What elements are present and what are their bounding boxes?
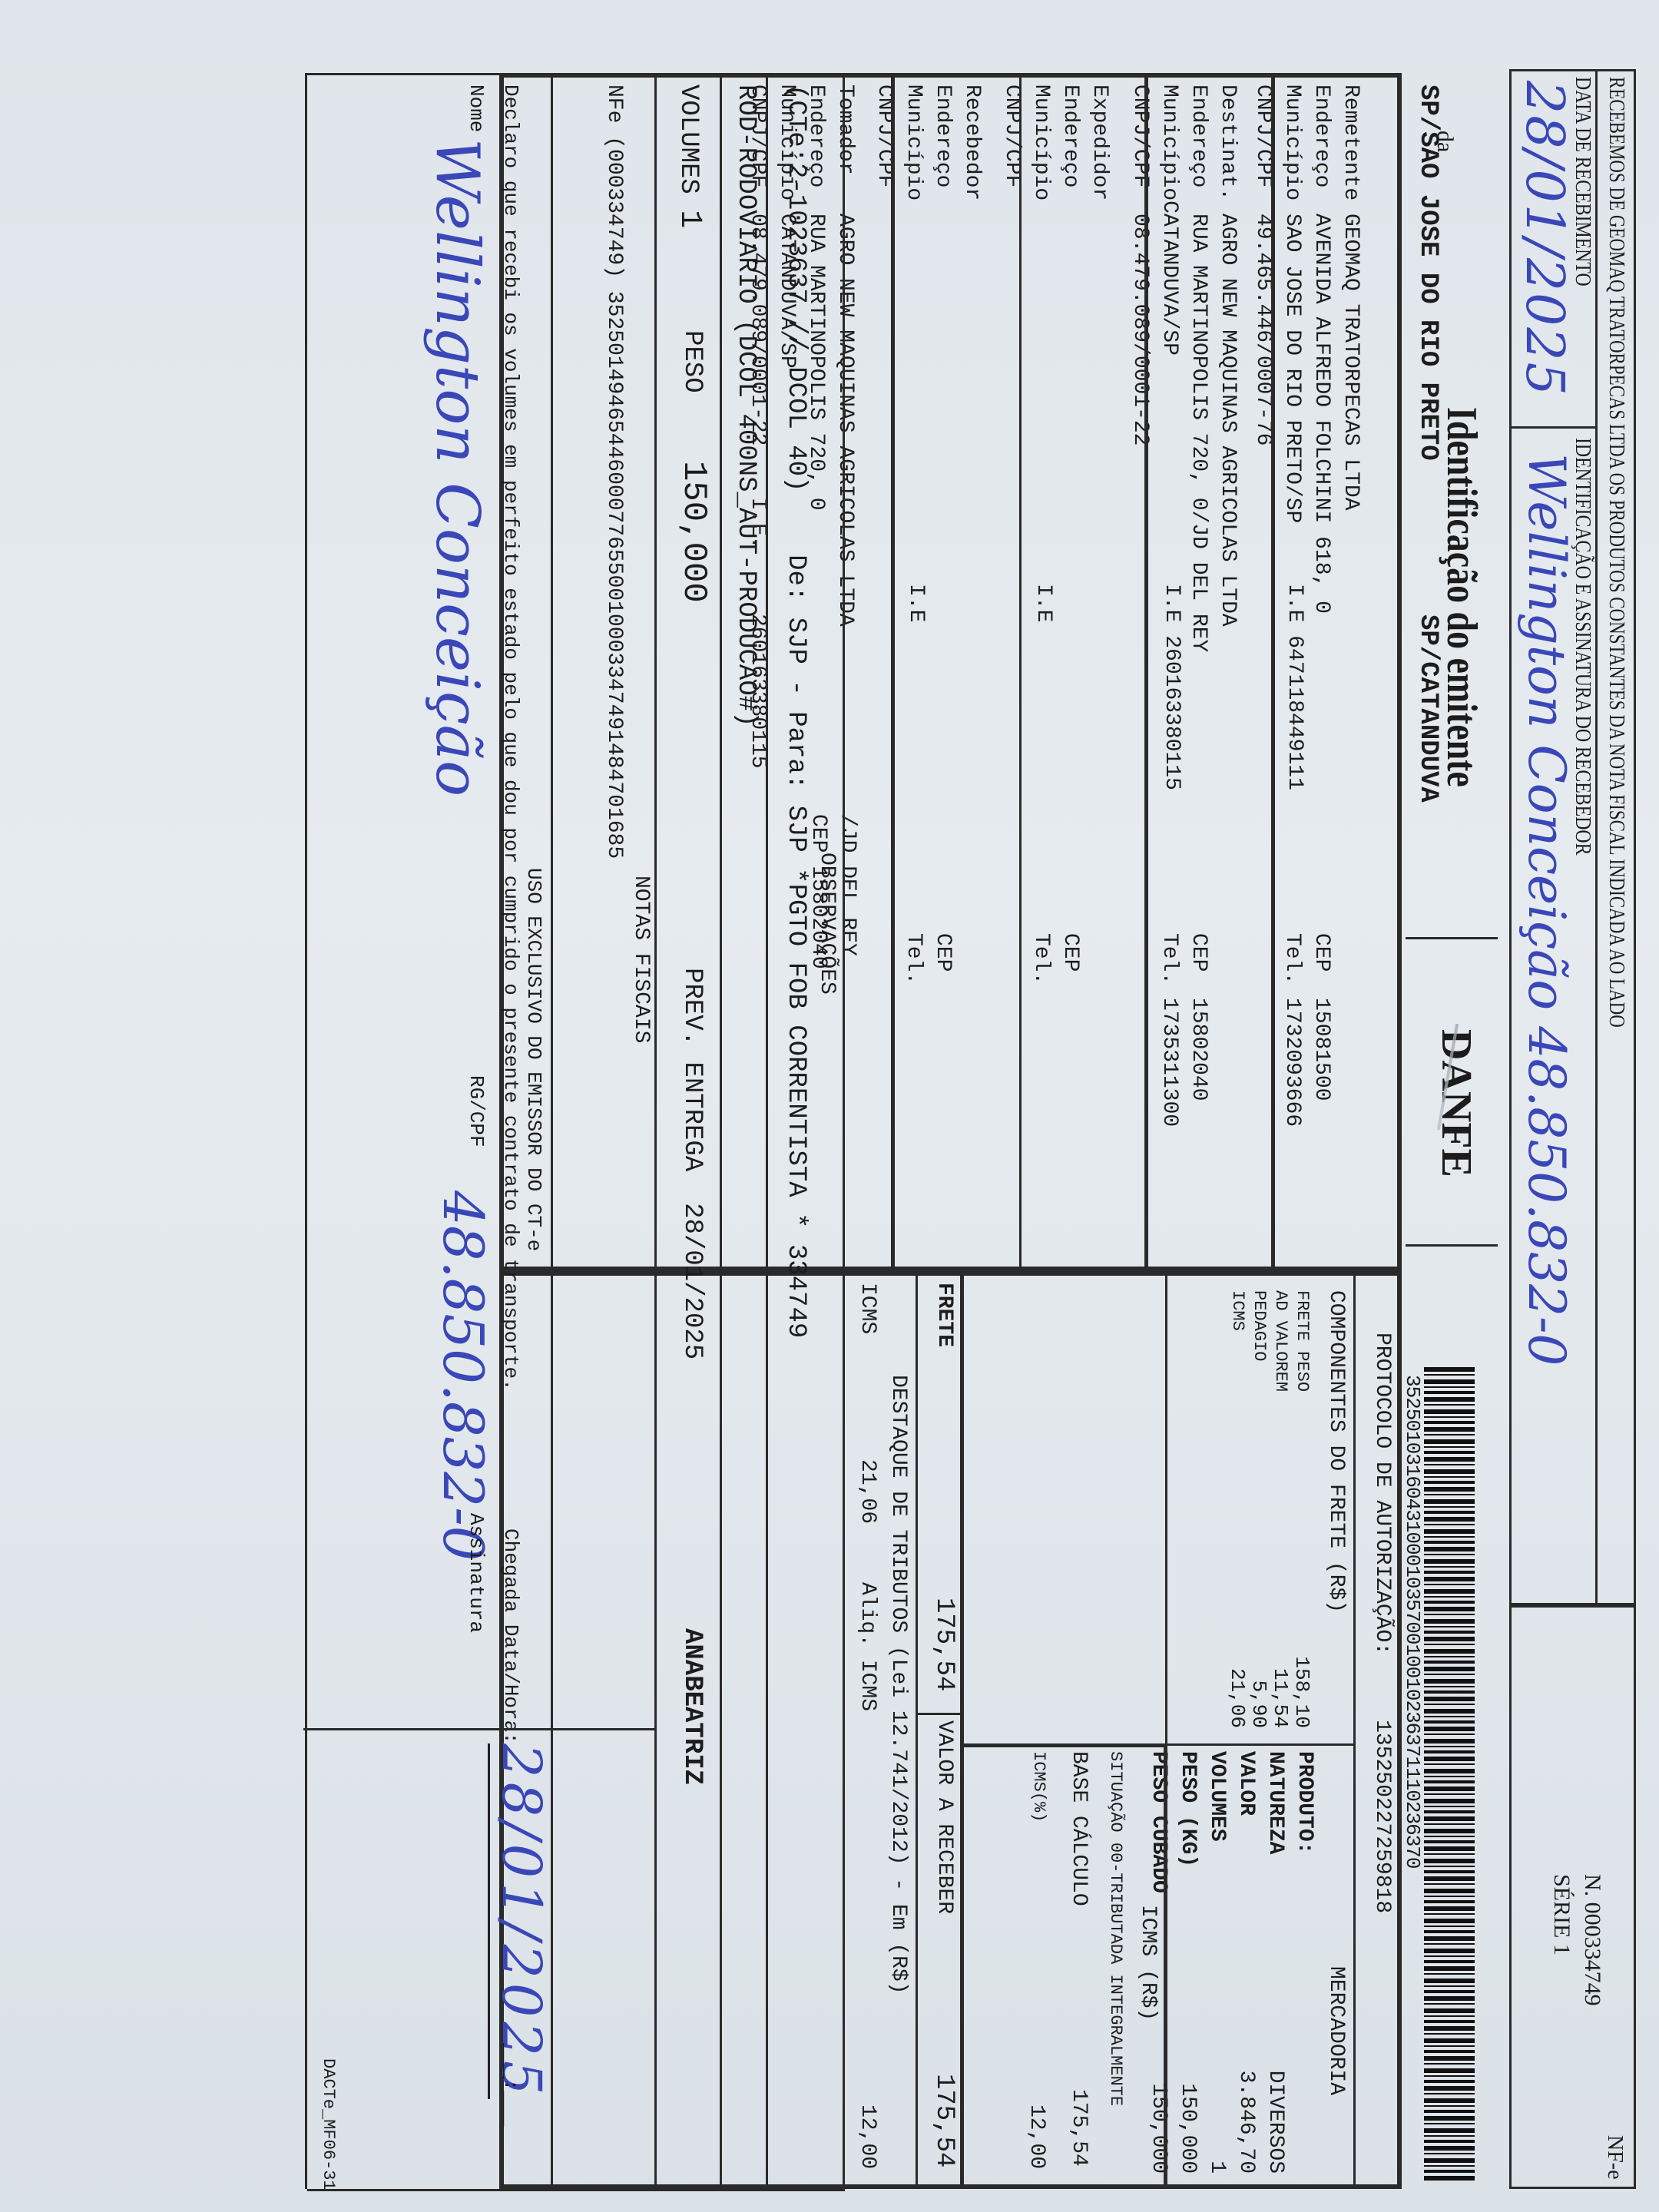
freight-component-label: FRETE PESO (1293, 1290, 1312, 1392)
origin: SP/SAO JOSE DO RIO PRETO (1413, 84, 1442, 461)
cargo-value: 3.846,70 (1234, 2071, 1258, 2174)
recipient-cep: 15802040 (1187, 998, 1210, 1101)
obs-volumes: VOLUMES 1 (672, 84, 707, 228)
expected-delivery: PREV. ENTREGA 28/01/2025 (677, 968, 707, 1359)
nfe-number: N. 000334749 (1579, 1874, 1605, 2006)
receiver-rg[interactable]: 48.850.832-0 (431, 1190, 495, 1561)
freight-component-label: AD VALOREM (1271, 1290, 1290, 1392)
receipt-signature[interactable]: Wellington Conceição 48.850.832-0 (1517, 453, 1576, 1366)
cargo-labels: PRODUTO: NATUREZA VALOR VOLUMES PESO (KG… (1144, 1751, 1348, 1893)
freight-components-title: COMPONENTES DO FRETE (R$) (1324, 1290, 1348, 1613)
cte-document: RECEBEMOS DE GEOMAQ TRATORPECAS LTDA OS … (0, 0, 1659, 2212)
freight-component-value: 5,90 (1247, 1621, 1270, 1728)
access-key-barcode (1424, 1367, 1475, 2181)
freight-component-label: PEDAGIO (1250, 1290, 1269, 1361)
cargo-volumes: 1 (1205, 2161, 1229, 2174)
taxes-aliq: 12,00 (856, 2104, 879, 2169)
operator: ANABEATRIZ (677, 1628, 707, 1785)
sender-address: AVENIDA ALFREDO FOLCHINI 618, 0 (1310, 214, 1333, 614)
nfe-label: NF-e (1602, 2135, 1627, 2180)
emitter-use-title: USO EXCLUSIVO DO EMISSOR DO CT-e (522, 868, 545, 1251)
protocol: PROTOCOLO DE AUTORIZAÇÃO: 13525022725981… (1370, 1333, 1394, 1913)
cargo-values: DIVERSOS 3.846,70 1 150,000 150,000 (1144, 1997, 1348, 2174)
icms-situation: SITUAÇÃO 00-TRIBUTADA INTEGRALMENTE (1106, 1751, 1125, 2106)
emitter-title: Identificação do emitente (1437, 407, 1486, 787)
payer-block: Tomador AGRO NEW MAQUINAS AGRICOLAS LTDA… (743, 84, 889, 769)
recipient-tel: 1735311300 (1157, 998, 1181, 1127)
icms-title: ICMS (R$) (1136, 1905, 1160, 2021)
recipient-name: AGRO NEW MAQUINAS AGRICOLAS LTDA (1216, 214, 1240, 627)
receipt-date-value[interactable]: 28/01/2025 (1514, 81, 1575, 397)
sender-name: GEOMAQ TRATORPECAS LTDA (1339, 214, 1363, 510)
icms-base: 175,54 (1067, 2089, 1091, 2167)
danfe-label: DANFE (1432, 1029, 1481, 1177)
freight-component-value: 21,06 (1226, 1621, 1249, 1728)
invoices-title: NOTAS FISCAIS (629, 876, 653, 1043)
recipient-city: CATANDUVA/SP (1157, 200, 1181, 356)
access-key: 3525010316043100010357001001023637111023… (1401, 1375, 1424, 1869)
cargo-weight: 150,000 (1176, 2083, 1200, 2174)
nfe-series: SÉRIE 1 (1548, 1874, 1575, 1955)
taxes-icms: 21,06 (856, 1459, 879, 1524)
recipient-ie: 260163380115 (1160, 635, 1184, 790)
sender-cep: 15081500 (1310, 998, 1333, 1101)
observations-line1: (CTe:2-1023637 // DCOL 40) De: SJP - Par… (781, 84, 810, 1338)
sender-city: SAO JOSE DO RIO PRETO/SP (1280, 214, 1304, 523)
observations-line2: ROD-RODOVIARIO (DCOL 400NS_AUT-PRODUCAO#… (731, 84, 760, 727)
form-code: DACTe_MF06-31 (319, 2058, 338, 2190)
sender-tel: 1732093666 (1280, 998, 1304, 1127)
invoice-line: NFe (000334749) 352501494654460007765500… (602, 84, 626, 859)
taxes-title: DESTAQUE DE TRIBUTOS (Lei 12.741/2012) -… (886, 1375, 910, 1995)
protocol-number: 135250227259818 (1370, 1720, 1394, 1913)
freight-component-label: ICMS (1228, 1290, 1247, 1331)
observations-title: OBSERVAÇÕES (815, 853, 839, 995)
payer-name: AGRO NEW MAQUINAS AGRICOLAS LTDA (833, 214, 857, 627)
receiver-name-signature[interactable]: Wellington Conceição (422, 138, 492, 796)
freight-component-value: 158,10 (1290, 1621, 1313, 1728)
declaration: Declaro que recebi os volumes em perfeit… (499, 84, 522, 1391)
destination: SP/CATANDUVA (1413, 614, 1442, 803)
icms-rate: 12,00 (1025, 2104, 1048, 2169)
recipient-cnpj: 08.479.089/0001-22 (1128, 214, 1152, 445)
freight-component-value: 11,54 (1269, 1621, 1292, 1728)
sender-ie: 647118449111 (1283, 635, 1306, 790)
cargo-nature: DIVERSOS (1263, 2071, 1287, 2174)
freight-total: 175,54 (929, 1598, 959, 1691)
obs-weight: 150,000 (674, 461, 713, 603)
recipient-address: RUA MARTINOPOLIS 720, 0/JD DEL REY (1187, 214, 1210, 652)
receipt-header: RECEBEMOS DE GEOMAQ TRATORPECAS LTDA OS … (1604, 77, 1628, 1028)
amount-receivable: 175,54 (929, 2074, 959, 2167)
